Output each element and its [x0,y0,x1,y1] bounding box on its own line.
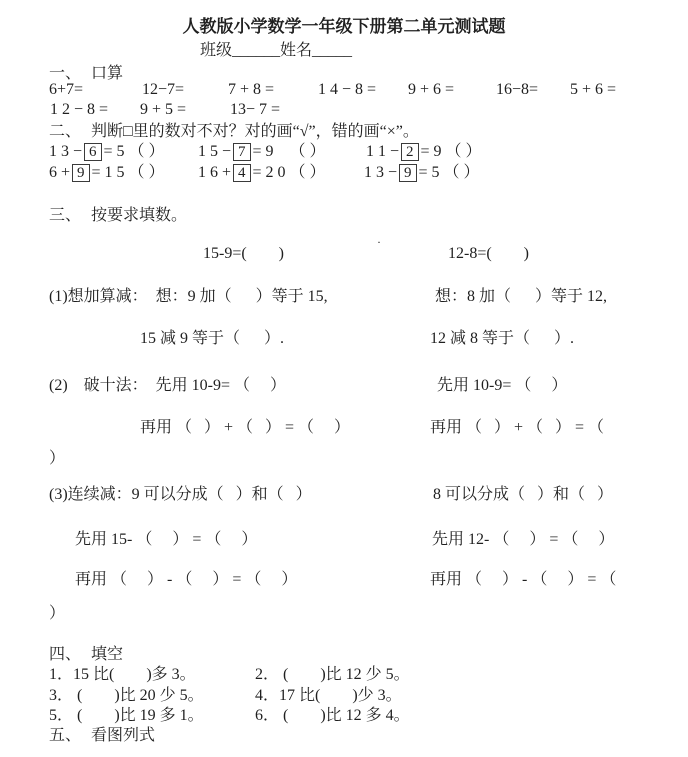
judge-post: = 5 （ ） [104,143,165,160]
page-title: 人教版小学数学一年级下册第二单元测试题 [0,17,688,37]
judge-item: 1 3 −6= 5 （ ） [49,142,165,162]
cont-subtract-right-2: 先用 12- （ ） = （ ） [432,530,614,550]
fill-blank-item: 4．17 比( )少 3。 [255,686,402,706]
fill-blank-item: 6． ( )比 12 多 4。 [255,706,410,726]
oral-problem: 5 + 6 = [570,80,616,100]
judge-post: = 2 0 （ ） [253,164,326,181]
fill-blank-item: 1．15 比( )多 3。 [49,665,196,685]
fill-blank-item: 2． ( )比 12 少 5。 [255,665,410,685]
section5-title: 看图列式 [91,726,155,746]
oral-problem: 9 + 5 = [140,100,186,120]
section4-title: 填空 [91,645,123,665]
think-add-right-1: 想：8 加（ ）等于 12, [435,287,607,307]
stray-dot: · [377,236,381,248]
section3-number: 三、 [49,206,81,226]
wrapped-paren: ） [49,604,65,624]
cont-subtract-left-3: 再用 （ ） - （ ） = （ ） [75,570,297,590]
oral-problem: 1 4 − 8 = [318,80,376,100]
break-ten-left-1: (2) 破十法： 先用 10-9= （ ） [49,376,286,396]
fill-blank-item: 5． ( )比 19 多 1。 [49,706,204,726]
oral-problem: 13− 7 = [230,100,280,120]
judge-post: = 9 （ ） [253,143,326,160]
cont-subtract-left-1: (3)连续减：9 可以分成（ ）和（ ） [49,485,312,505]
judge-pre: 1 3 − [364,164,397,181]
equation-right: 12-8=( ) [448,244,529,264]
cont-subtract-left-2: 先用 15- （ ） = （ ） [75,530,257,550]
judge-pre: 1 6 + [198,164,231,181]
think-add-left-2: 15 减 9 等于（ ）. [140,329,284,349]
wrapped-paren: ） [49,449,65,469]
judge-item: 1 3 −9= 5 （ ） [364,163,480,183]
judge-pre: 1 5 − [198,143,231,160]
section3-title: 按要求填数。 [91,206,187,226]
section5-number: 五、 [49,726,81,746]
section2-title: 判断□里的数对不对？对的画“√”，错的画“×”。 [91,122,419,142]
judge-post: = 5 （ ） [419,164,480,181]
section4-number: 四、 [49,645,81,665]
oral-problem: 16−8= [496,80,538,100]
cont-subtract-right-3: 再用 （ ） - （ ） = （ [430,570,616,590]
section1-title: 口算 [91,64,123,84]
fill-blank-item: 3． ( )比 20 少 5。 [49,686,204,706]
think-add-right-2: 12 减 8 等于（ ）. [430,329,574,349]
digit-box: 2 [401,143,419,161]
oral-problem: 6+7= [49,80,83,100]
break-ten-left-2: 再用 （ ） + （ ） = （ ） [140,418,350,438]
equation-left: 15-9=( ) [203,244,284,264]
cont-subtract-right-1: 8 可以分成（ ）和（ ） [433,485,613,505]
oral-problem: 12−7= [142,80,184,100]
think-add-left-1: (1)想加算减： 想：9 加（ ）等于 15, [49,287,328,307]
digit-box: 4 [233,164,251,182]
judge-post: = 1 5 （ ） [92,164,165,181]
break-ten-right-1: 先用 10-9= （ ） [437,376,567,396]
judge-item: 1 5 −7= 9 （ ） [198,142,326,162]
judge-pre: 1 3 − [49,143,82,160]
worksheet-page: 人教版小学数学一年级下册第二单元测试题 班级______姓名_____ 一、 口… [0,0,688,757]
oral-problem: 9 + 6 = [408,80,454,100]
digit-box: 7 [233,143,251,161]
break-ten-right-2: 再用 （ ） + （ ） = （ [430,418,604,438]
digit-box: 9 [72,164,90,182]
oral-problem: 7 + 8 = [228,80,274,100]
digit-box: 6 [84,143,102,161]
judge-pre: 6 + [49,164,70,181]
digit-box: 9 [399,164,417,182]
judge-item: 1 1 −2= 9 （ ） [366,142,482,162]
judge-post: = 9 （ ） [421,143,482,160]
judge-item: 6 +9= 1 5 （ ） [49,163,165,183]
judge-pre: 1 1 − [366,143,399,160]
class-name-line: 班级______姓名_____ [200,41,352,61]
judge-item: 1 6 +4= 2 0 （ ） [198,163,326,183]
section2-number: 二、 [49,122,81,142]
oral-problem: 1 2 − 8 = [50,100,108,120]
